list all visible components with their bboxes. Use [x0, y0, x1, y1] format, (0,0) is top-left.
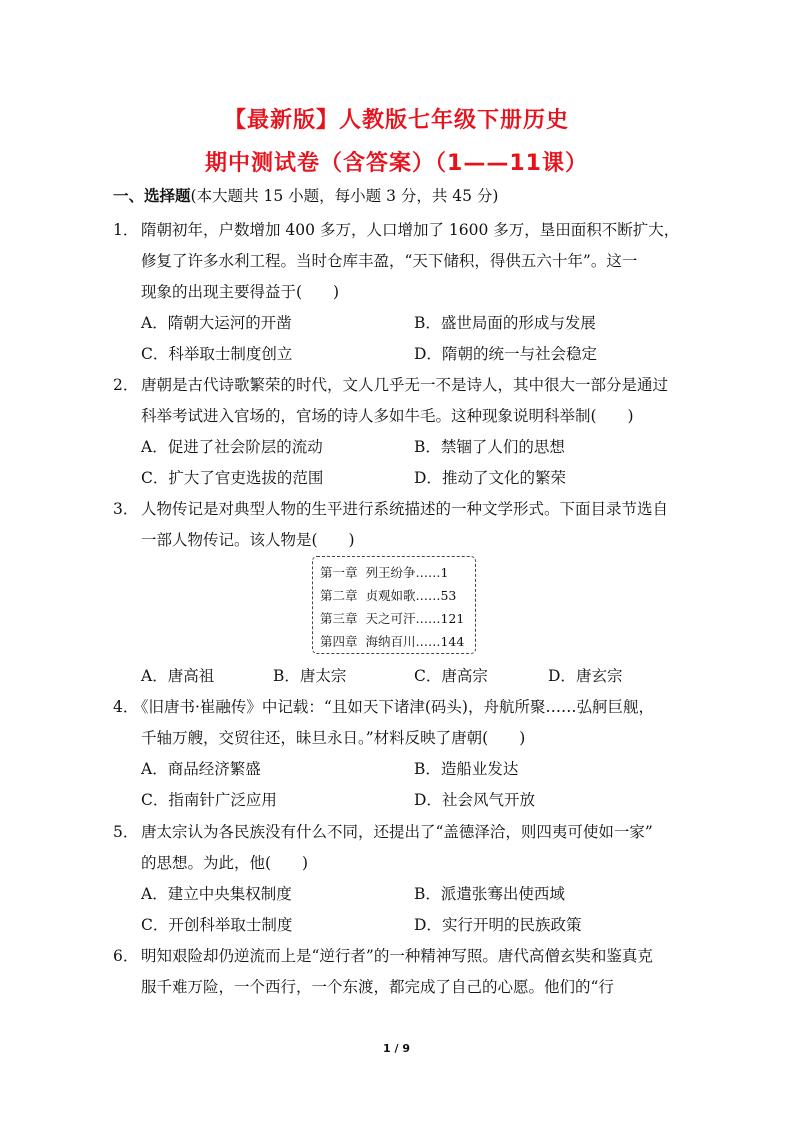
toc-row: 第三章 天之可汗……121 [320, 609, 464, 627]
option-d: D．推动了文化的繁荣 [414, 466, 566, 488]
question-number: 2． [113, 373, 138, 395]
question-text-line: 服千难万险，一个西行，一个东渡，都完成了自己的心愿。他们的“行 [141, 975, 614, 997]
option-c: C．唐高宗 [414, 664, 488, 686]
option-b: B．派遣张骞出使西域 [414, 882, 565, 904]
toc-row: 第二章 贞观如歌……53 [320, 586, 456, 604]
question-number: 1． [113, 218, 138, 240]
option-a: A．唐高祖 [141, 664, 214, 686]
option-b: B．禁锢了人们的思想 [414, 435, 565, 457]
question-number: 3． [113, 497, 138, 519]
question-number: 6． [113, 944, 138, 966]
toc-row: 第四章 海纳百川……144 [320, 632, 464, 650]
question-text-line: 修复了许多水利工程。当时仓库丰盈，“天下储积，得供五六十年”。这一 [141, 249, 637, 271]
section-title: 一、选择题 [113, 187, 191, 205]
section-heading: 一、选择题(本大题共 15 小题，每小题 3 分，共 45 分) [113, 186, 498, 206]
option-d: D．实行开明的民族政策 [414, 913, 581, 935]
section-note: (本大题共 15 小题，每小题 3 分，共 45 分) [191, 187, 499, 205]
question-text-line: 的思想。为此，他( ) [141, 851, 308, 873]
document-title-line-2: 期中测试卷（含答案）（1——11课） [0, 146, 793, 177]
question-text-line: 《旧唐书·崔融传》中记载：“且如天下诸津(码头)，舟航所聚……弘舸巨舰， [133, 695, 654, 717]
question-text-line: 隋朝初年，户数增加 400 多万，人口增加了 1600 多万，垦田面积不断扩大， [141, 218, 679, 240]
option-c: C．科举取士制度创立 [141, 342, 292, 364]
option-d: D．隋朝的统一与社会稳定 [414, 342, 597, 364]
option-a: A．促进了社会阶层的流动 [141, 435, 323, 457]
option-d: D．唐玄宗 [548, 664, 622, 686]
option-c: C．扩大了官吏选拔的范围 [141, 466, 323, 488]
document-page: 【最新版】人教版七年级下册历史 期中测试卷（含答案）（1——11课） 一、选择题… [0, 0, 793, 1122]
document-title-line-1: 【最新版】人教版七年级下册历史 [0, 103, 793, 134]
option-b: B．造船业发达 [414, 757, 518, 779]
page-indicator: 1 / 9 [0, 1042, 793, 1055]
question-text-line: 人物传记是对典型人物的生平进行系统描述的一种文学形式。下面目录节选自 [141, 497, 668, 519]
question-number: 5． [113, 820, 138, 842]
option-c: C．开创科举取士制度 [141, 913, 292, 935]
option-c: C．指南针广泛应用 [141, 788, 277, 810]
question-text-line: 科举考试进入官场的，官场的诗人多如牛毛。这种现象说明科举制( ) [141, 404, 634, 426]
toc-row: 第一章 列王纷争……1 [320, 563, 448, 581]
option-a: A．商品经济繁盛 [141, 757, 261, 779]
table-of-contents-figure: 第一章 列王纷争……1 第二章 贞观如歌……53 第三章 天之可汗……121 第… [312, 556, 476, 654]
option-b: B．盛世局面的形成与发展 [414, 311, 596, 333]
question-text-line: 唐朝是古代诗歌繁荣的时代，文人几乎无一不是诗人，其中很大一部分是通过 [141, 373, 668, 395]
option-d: D．社会风气开放 [414, 788, 535, 810]
question-text-line: 现象的出现主要得益于( ) [141, 280, 339, 302]
option-a: A．建立中央集权制度 [141, 882, 292, 904]
question-text-line: 千轴万艘，交贸往还，昧旦永日。”材料反映了唐朝( ) [141, 726, 525, 748]
question-text-line: 唐太宗认为各民族没有什么不同，还提出了“盖德泽洽，则四夷可使如一家” [141, 820, 653, 842]
option-b: B．唐太宗 [273, 664, 346, 686]
option-a: A．隋朝大运河的开凿 [141, 311, 292, 333]
question-text-line: 明知艰险却仍逆流而上是“逆行者”的一种精神写照。唐代高僧玄奘和鉴真克 [141, 944, 653, 966]
question-text-line: 一部人物传记。该人物是( ) [141, 528, 355, 550]
